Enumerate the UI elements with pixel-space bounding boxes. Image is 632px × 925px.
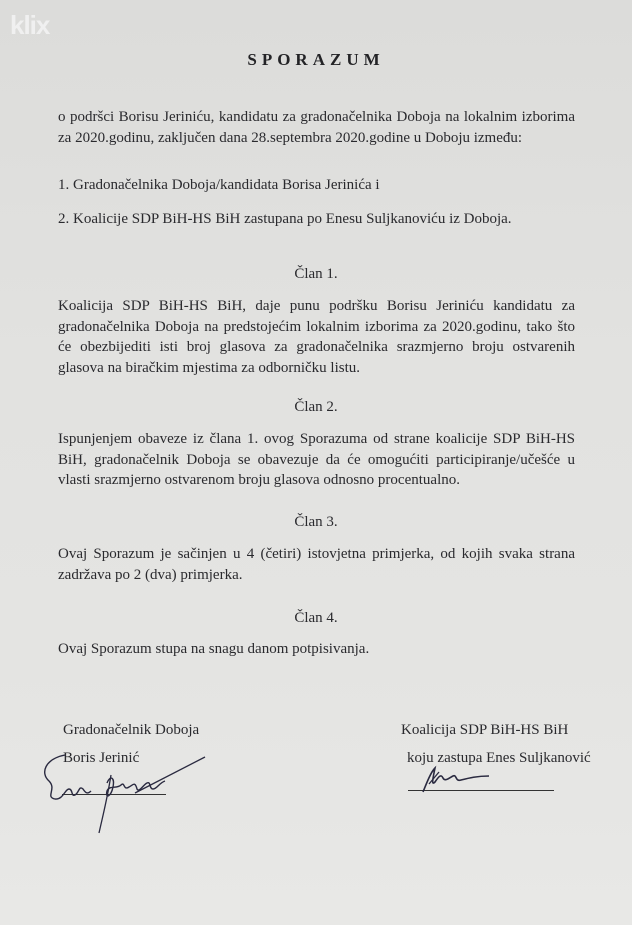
party-1: 1. Gradonačelnika Doboja/kandidata Boris…: [58, 177, 380, 194]
article-2-text: Ispunjenjem obaveze iz člana 1. ovog Spo…: [58, 429, 575, 491]
article-2-heading: Član 2.: [0, 399, 632, 416]
article-4-heading: Član 4.: [0, 610, 632, 627]
article-1-heading: Član 1.: [0, 266, 632, 283]
right-signatory-role: Koalicija SDP BiH-HS BiH: [401, 722, 568, 739]
left-signatory-role: Gradonačelnik Doboja: [63, 722, 199, 739]
article-3-heading: Član 3.: [0, 514, 632, 531]
right-handwritten-signature: [405, 760, 525, 800]
article-3-text: Ovaj Sporazum je sačinjen u 4 (četiri) i…: [58, 544, 575, 585]
document-title: SPORAZUM: [0, 50, 632, 70]
article-4-text: Ovaj Sporazum stupa na snagu danom potpi…: [58, 639, 575, 660]
klix-watermark-logo: klix: [10, 10, 49, 41]
left-handwritten-signature: [35, 745, 215, 840]
intro-paragraph: o podršci Borisu Jeriniću, kandidatu za …: [58, 107, 575, 148]
article-1-text: Koalicija SDP BiH-HS BiH, daje punu podr…: [58, 296, 575, 378]
party-2: 2. Koalicije SDP BiH-HS BiH zastupana po…: [58, 211, 512, 228]
